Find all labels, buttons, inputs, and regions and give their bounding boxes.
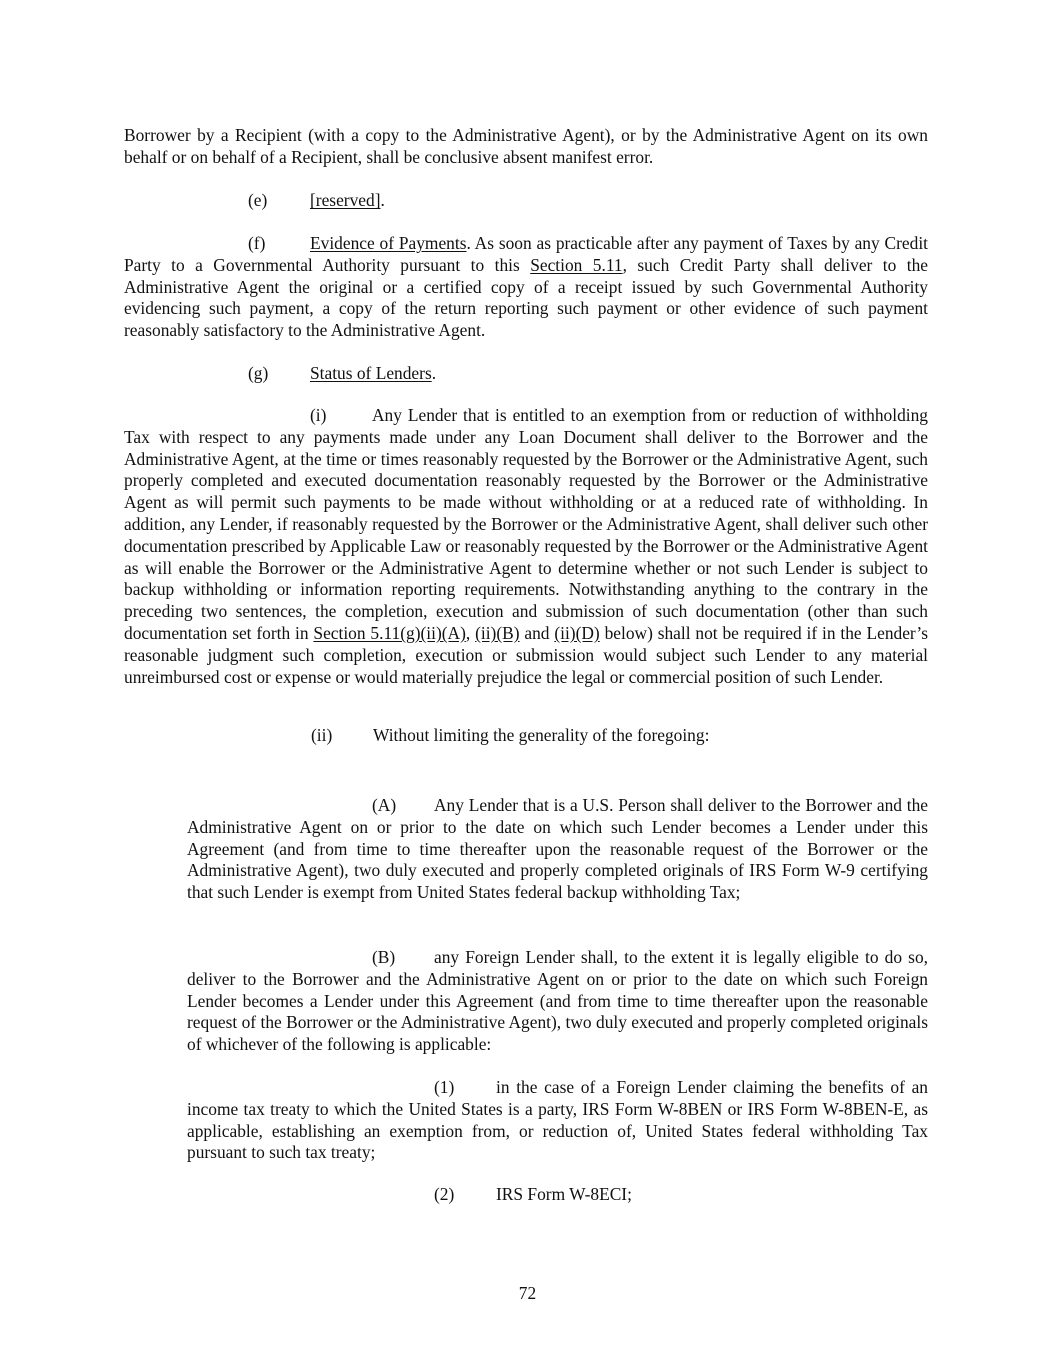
paragraph-text: in the case of a Foreign Lender claiming… [187, 1077, 928, 1162]
section-title: [reserved] [310, 190, 380, 210]
section-g-ii-a: (A)Any Lender that is a U.S. Person shal… [187, 795, 928, 904]
section-e: (e)[reserved]. [248, 190, 385, 212]
section-label: (f) [248, 233, 310, 255]
cross-reference-ii-b: (ii)(B) [475, 623, 519, 643]
section-g-ii-b-1: (1)in the case of a Foreign Lender claim… [187, 1077, 928, 1164]
paragraph-text: and [520, 623, 555, 643]
section-title: Status of Lenders [310, 363, 432, 383]
page-number: 72 [0, 1283, 1055, 1305]
section-g-ii: (ii)Without limiting the generality of t… [311, 725, 709, 747]
paragraph-text: Any Lender that is entitled to an exempt… [124, 405, 928, 643]
section-g-i: (i)Any Lender that is entitled to an exe… [124, 405, 928, 688]
section-title: Evidence of Payments [310, 233, 466, 253]
section-label: (2) [434, 1184, 496, 1206]
cross-reference-ii-d: (ii)(D) [554, 623, 599, 643]
section-label: (B) [372, 947, 434, 969]
paragraph-text: Borrower by a Recipient (with a copy to … [124, 125, 928, 167]
section-label: (ii) [311, 725, 373, 747]
continuation-paragraph: Borrower by a Recipient (with a copy to … [124, 125, 928, 169]
paragraph-text: any Foreign Lender shall, to the extent … [187, 947, 928, 1054]
section-label: (g) [248, 363, 310, 385]
punctuation: . [432, 363, 436, 383]
cross-reference-5-11-g-ii-a: Section 5.11(g)(ii)(A) [313, 623, 465, 643]
section-f: (f)Evidence of Payments. As soon as prac… [124, 233, 928, 342]
section-g-ii-b: (B)any Foreign Lender shall, to the exte… [187, 947, 928, 1056]
punctuation: . [380, 190, 384, 210]
section-label: (A) [372, 795, 434, 817]
punctuation: , [466, 623, 475, 643]
section-g-ii-b-2: (2)IRS Form W-8ECI; [434, 1184, 632, 1206]
section-label: (i) [310, 405, 372, 427]
section-label: (e) [248, 190, 310, 212]
paragraph-text: Without limiting the generality of the f… [373, 725, 709, 745]
section-g: (g)Status of Lenders. [248, 363, 436, 385]
cross-reference-section-5-11: Section 5.11 [530, 255, 622, 275]
section-label: (1) [434, 1077, 496, 1099]
paragraph-text: IRS Form W-8ECI; [496, 1184, 632, 1204]
document-page: Borrower by a Recipient (with a copy to … [0, 0, 1055, 1365]
paragraph-text: Any Lender that is a U.S. Person shall d… [187, 795, 928, 902]
